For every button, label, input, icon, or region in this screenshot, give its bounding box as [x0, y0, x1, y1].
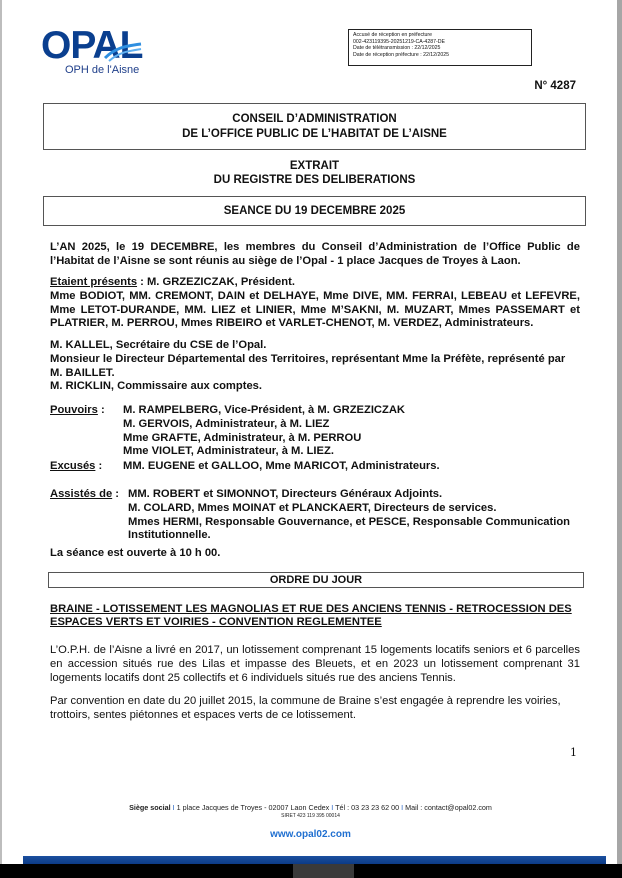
seance-title-box: SEANCE DU 19 DECEMBRE 2025: [43, 196, 586, 226]
logo-subtitle: OPH de l'Aisne: [65, 64, 139, 76]
pouvoir-item: M. RAMPELBERG, Vice-Président, à M. GRZE…: [123, 404, 593, 418]
extract-title: EXTRAIT DU REGISTRE DES DELIBERATIONS: [43, 159, 586, 187]
attendee-line: Monsieur le Directeur Départemental des …: [50, 353, 580, 381]
pouvoir-item: Mme VIOLET, Administrateur, à M. LIEZ.: [123, 445, 593, 459]
assiste-item: Mmes HERMI, Responsable Gouvernance, et …: [128, 516, 588, 544]
assistes-label: Assistés de: [50, 488, 112, 500]
attendee-line: M. KALLEL, Secrétaire du CSE de l’Opal.: [50, 339, 580, 353]
presents-paragraph: Etaient présents : M. GRZEZICZAK, Présid…: [50, 276, 580, 331]
pouvoirs-list: M. RAMPELBERG, Vice-Président, à M. GRZE…: [123, 404, 593, 459]
excuses-label: Excusés: [50, 460, 95, 472]
footer-tel: Tél : 03 23 23 62 00: [335, 803, 399, 812]
vertical-scrollbar[interactable]: [617, 0, 622, 864]
document-page: OPAL OPH de l'Aisne Accusé de réception …: [4, 0, 617, 864]
footer-blue-band: [23, 856, 606, 864]
body-paragraph: Par convention en date du 20 juillet 201…: [50, 695, 580, 723]
footer-mail: Mail : contact@opal02.com: [405, 803, 492, 812]
opal-logo: OPAL OPH de l'Aisne: [41, 28, 156, 78]
council-title-line2: DE L’OFFICE PUBLIC DE L’HABITAT DE L’AIS…: [44, 127, 585, 142]
attendee-line: M. RICKLIN, Commissaire aux comptes.: [50, 380, 580, 394]
pouvoir-item: M. GERVOIS, Administrateur, à M. LIEZ: [123, 418, 593, 432]
stamp-line: Date de réception préfecture : 22/12/202…: [353, 52, 527, 59]
horizontal-scrollbar-thumb[interactable]: [293, 864, 354, 878]
footer-siret: SIRET 423 119 395 00014: [4, 813, 617, 819]
agenda-title: ORDRE DU JOUR: [49, 573, 583, 588]
pouvoir-item: Mme GRAFTE, Administrateur, à M. PERROU: [123, 432, 593, 446]
seance-title: SEANCE DU 19 DECEMBRE 2025: [44, 204, 585, 219]
assiste-item: M. COLARD, Mmes MOINAT et PLANCKAERT, Di…: [128, 502, 588, 516]
document-viewer: OPAL OPH de l'Aisne Accusé de réception …: [0, 0, 622, 864]
footer-address-text: 1 place Jacques de Troyes - 02007 Laon C…: [177, 803, 330, 812]
other-attendees: M. KALLEL, Secrétaire du CSE de l’Opal. …: [50, 339, 580, 394]
document-number: N° 4287: [534, 80, 576, 92]
excuses-text: MM. EUGENE et GALLOO, Mme MARICOT, Admin…: [123, 460, 593, 474]
intro-paragraph: L’AN 2025, le 19 DECEMBRE, les membres d…: [50, 241, 580, 269]
body-paragraph: L’O.P.H. de l’Aisne a livré en 2017, un …: [50, 644, 580, 685]
page-number: 1: [570, 746, 577, 759]
footer-website-link[interactable]: www.opal02.com: [4, 829, 617, 840]
presents-president: : M. GRZEZICZAK, Président.: [137, 276, 295, 288]
footer-address: Siège social I 1 place Jacques de Troyes…: [4, 803, 617, 812]
presents-label: Etaient présents: [50, 276, 137, 288]
logo-swoosh-icon: [103, 42, 143, 62]
footer-siege-label: Siège social: [129, 803, 171, 812]
deliberation-subject: BRAINE - LOTISSEMENT LES MAGNOLIAS ET RU…: [50, 603, 580, 629]
assiste-item: MM. ROBERT et SIMONNOT, Directeurs Génér…: [128, 488, 588, 502]
agenda-title-box: ORDRE DU JOUR: [48, 572, 584, 588]
assistes-list: MM. ROBERT et SIMONNOT, Directeurs Génér…: [128, 488, 588, 543]
council-title-box: CONSEIL D’ADMINISTRATION DE L’OFFICE PUB…: [43, 103, 586, 150]
extract-line2: DU REGISTRE DES DELIBERATIONS: [43, 173, 586, 187]
prefecture-receipt-stamp: Accusé de réception en préfecture 002-42…: [348, 29, 532, 66]
council-title-line1: CONSEIL D’ADMINISTRATION: [44, 112, 585, 127]
extract-line1: EXTRAIT: [43, 159, 586, 173]
seance-opening: La séance est ouverte à 10 h 00.: [50, 547, 580, 561]
pouvoirs-label: Pouvoirs: [50, 404, 98, 416]
presents-members: Mme BODIOT, MM. CREMONT, DAIN et DELHAYE…: [50, 290, 580, 330]
